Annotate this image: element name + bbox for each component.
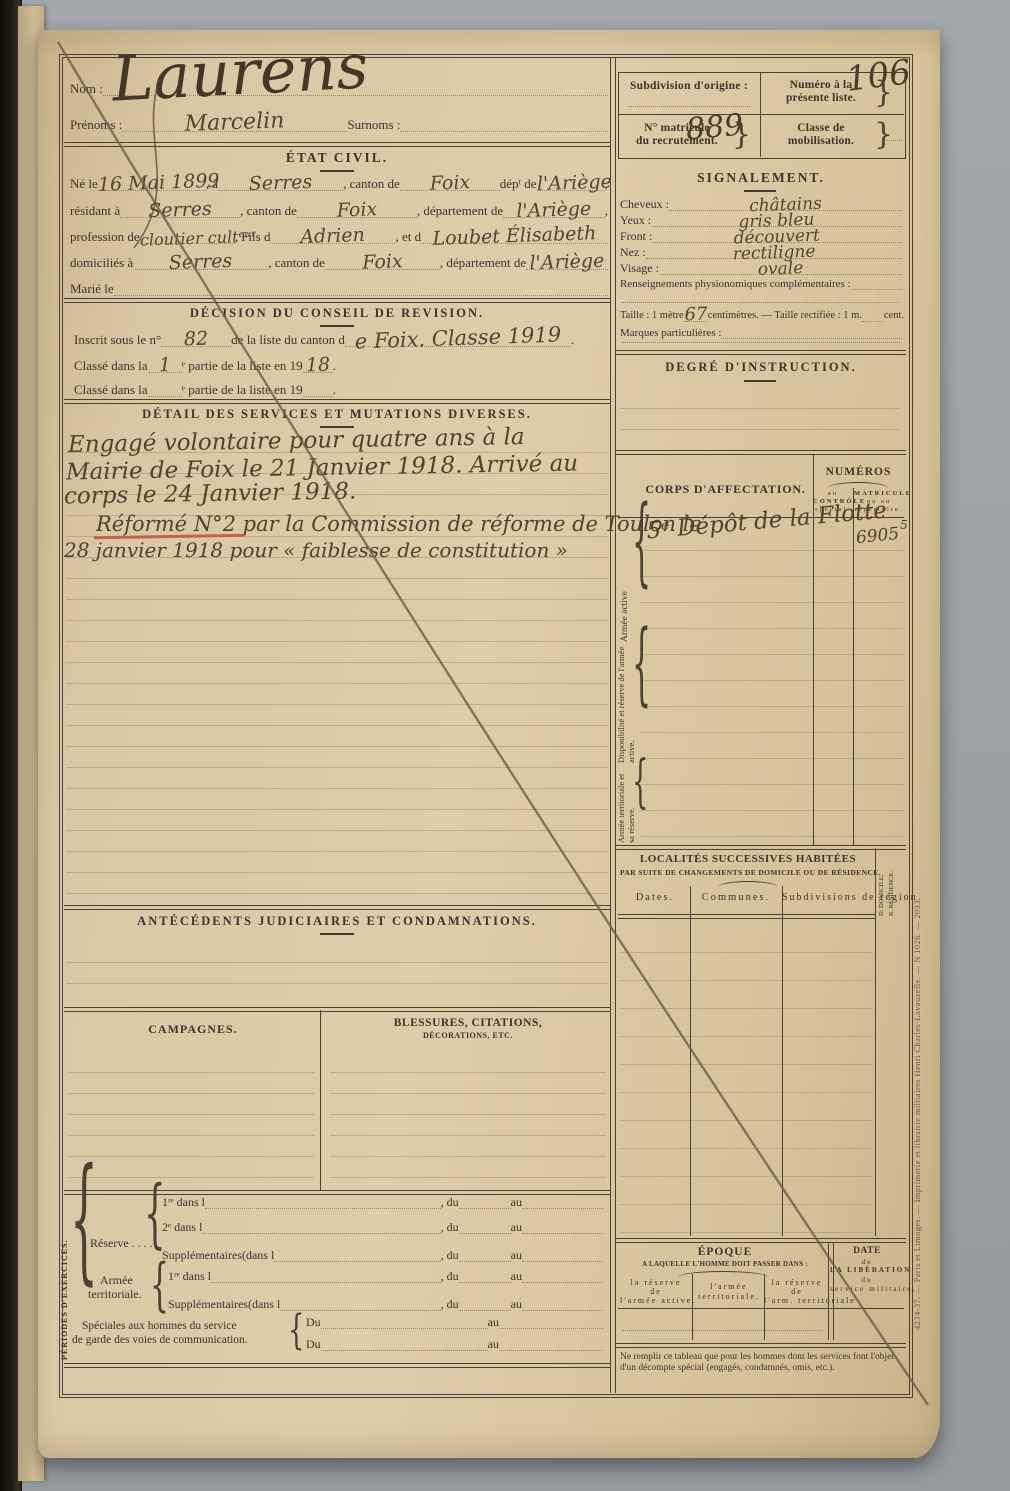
profession-field: cloutier cultᵉᵘʳ <box>140 241 235 244</box>
birth-row: Né le 16 Mai 1899 , à Serres , canton de… <box>70 177 608 191</box>
dept-value: l'Ariège <box>503 199 605 223</box>
canton-label: , canton de <box>343 177 400 191</box>
periodes-brace: { <box>70 1154 98 1290</box>
canton-field: Foix <box>297 215 417 218</box>
marques-field <box>721 336 902 339</box>
marriage-row: Marié le <box>70 282 608 296</box>
services-line-5: 28 janvier 1918 pour « faiblesse de cons… <box>64 538 568 562</box>
periode-row-3: Supplémentaires ( dans l , du au <box>162 1249 604 1262</box>
dept-field: l'Ariège <box>526 267 608 270</box>
du-field <box>459 1206 511 1209</box>
canton-field: Foix <box>325 267 440 270</box>
renseignements-label: Renseignements physionomiques complément… <box>620 278 851 290</box>
canton-liste-label: de la liste du canton d <box>231 333 345 347</box>
title-dash <box>320 933 354 935</box>
canton-value: Foix <box>399 172 500 196</box>
prenoms-field: Marcelin <box>122 129 347 132</box>
services-title: DÉTAIL DES SERVICES ET MUTATIONS DIVERSE… <box>64 407 610 422</box>
section-rule <box>616 845 906 850</box>
prenoms-label: Prénoms : <box>70 118 122 132</box>
comma: , <box>605 204 608 218</box>
scan-background: Nom : Laurens Prénoms : Marcelin Surnoms… <box>0 0 1010 1491</box>
decision-title: DÉCISION DU CONSEIL DE REVISION. <box>64 306 610 321</box>
residence-row: résidant à Serres , canton de Foix , dép… <box>70 204 608 218</box>
annee-field: 18 <box>303 370 333 373</box>
document-page: Nom : Laurens Prénoms : Marcelin Surnoms… <box>38 30 940 1458</box>
domicile-side-label: D. DOMICILE. <box>878 850 885 916</box>
mother-field: Loubet Élisabeth <box>421 241 608 244</box>
du-field <box>321 1348 488 1351</box>
etat-civil-title: ÉTAT CIVIL. <box>64 150 610 166</box>
periode-row-5: Supplémentaires ( dans l , du au <box>168 1298 604 1311</box>
classe1-row: Classé dans la 1 ᵉ partie de la liste en… <box>74 359 394 373</box>
epoque-col1-3: l'armée active. <box>620 1296 692 1305</box>
armee-active-brace: { <box>632 497 651 593</box>
partie-label: ᵉ partie de la liste en 19 <box>182 383 303 397</box>
domicile-field: Serres <box>133 267 268 270</box>
classe-mob-label: Classe de <box>766 122 876 134</box>
partie-field <box>148 394 182 397</box>
unit-field <box>211 1280 441 1283</box>
father-field: Adrien <box>270 241 395 244</box>
antecedents-ruled-area <box>66 942 608 1004</box>
renseignements-row: Renseignements physionomiques complément… <box>620 278 902 290</box>
epoque-body-line <box>622 1330 822 1331</box>
dept-label: , département de <box>440 256 526 270</box>
visage-field: ovale <box>659 272 902 275</box>
section-rule <box>64 1007 610 1012</box>
period: . <box>333 383 336 397</box>
au-field <box>499 1326 604 1329</box>
du-label: Du <box>306 1316 321 1329</box>
profession-label: profession de <box>70 230 140 244</box>
subdivision-field <box>628 106 750 107</box>
periodes-side-label: PÉRIODES D'EXERCICES. <box>60 1202 69 1360</box>
yeux-label: Yeux : <box>620 214 651 227</box>
section-rule <box>616 350 906 355</box>
residence-field: Serres <box>120 215 240 218</box>
dans-l-label: 1ʳᵉ dans l <box>168 1270 211 1283</box>
title-dash <box>320 325 354 327</box>
epoque-col3-2: de <box>764 1287 830 1296</box>
au-field <box>522 1231 604 1234</box>
canton-classe-field: e Foix. Classe 1919 <box>345 344 571 347</box>
campagnes-ruled <box>68 1052 314 1184</box>
marques-row: Marques particulières : <box>620 327 902 339</box>
periode-row-7: Du au <box>306 1338 604 1351</box>
du-field <box>459 1259 511 1262</box>
au-label: au <box>511 1249 522 1262</box>
ne-le-label: Né le <box>70 177 98 191</box>
dans-l-label: 1ʳᵉ dans l <box>162 1196 205 1209</box>
degre-title: DEGRÉ D'INSTRUCTION. <box>616 360 906 375</box>
section-rule <box>64 142 610 147</box>
du-label: , du <box>441 1270 459 1283</box>
speciales-label-2: de garde des voies de communication. <box>72 1334 248 1346</box>
canton-label: , canton de <box>240 204 297 218</box>
taille-rectifiee-field <box>862 319 884 322</box>
epoque-note: Ne remplir ce tableau que pour les homme… <box>620 1352 906 1374</box>
epoque-col3-3: l'arm. territoriale <box>764 1296 830 1305</box>
blessures-header-2: DÉCORATIONS, ETC. <box>330 1031 606 1040</box>
marriage-field <box>114 293 608 296</box>
epoque-col1-2: de <box>620 1287 692 1296</box>
degre-ruled <box>620 388 900 446</box>
du-label: Du <box>306 1338 321 1351</box>
speciales-brace: { <box>288 1310 305 1352</box>
signalement-title: SIGNALEMENT. <box>616 170 906 186</box>
renseignements-field <box>851 287 902 290</box>
services-line-3: corps le 24 Janvier 1918. <box>64 478 357 509</box>
date-col-header-5: service militaire. <box>830 1284 904 1293</box>
numero-value: 82 <box>161 328 232 351</box>
dept-field: l'Ariège <box>503 215 605 218</box>
dept-field: l'Ariège <box>537 188 605 191</box>
section-rule <box>64 298 610 303</box>
territoriale-label-1: Armée <box>100 1273 133 1288</box>
matricule-col-label: MATRICULE <box>854 490 904 497</box>
date-col-header-3: LA LIBÉRATION <box>830 1266 904 1274</box>
corps-ruled <box>640 525 904 840</box>
birthdate-field: 16 Mai 1899 <box>98 188 206 191</box>
partie-field: 1 <box>148 370 182 373</box>
residant-label: résidant à <box>70 204 120 218</box>
surnoms-label: Surnoms : <box>347 118 400 132</box>
speciales-label-1: Spéciales aux hommes du service <box>82 1320 237 1332</box>
du-field <box>459 1308 511 1311</box>
dans-l-label: dans l <box>252 1298 280 1311</box>
dept-value: l'Ariège <box>536 172 605 195</box>
date-col-header-2: de <box>830 1257 904 1266</box>
section-rule <box>616 1238 906 1243</box>
et-de-label: , et d <box>395 230 421 244</box>
localites-ruled <box>620 925 873 1233</box>
periode-row-4: 1ʳᵉ dans l , du au <box>168 1270 604 1283</box>
printer-imprint: 4234-37. — Paris et Limoges. — Imprimeri… <box>912 670 922 1330</box>
reserve-brace: { <box>144 1178 166 1253</box>
au-label: au <box>511 1298 522 1311</box>
section-rule <box>64 1363 610 1368</box>
residence-side-label: R. RÉSIDENCE. <box>888 850 895 916</box>
marques-label: Marques particulières : <box>620 327 721 339</box>
blessures-header: BLESSURES, CITATIONS, <box>330 1017 606 1029</box>
nez-label: Nez : <box>620 246 646 259</box>
epoque-header-rule <box>618 1308 904 1311</box>
subdivisions-col-header: Subdivisions de région <box>782 892 875 903</box>
localites-subtitle: PAR SUITE DE CHANGEMENTS DE DOMICILE OU … <box>620 868 876 877</box>
classe2-row: Classé dans la ᵉ partie de la liste en 1… <box>74 383 394 397</box>
territoriale-reserve-brace: { <box>632 754 649 811</box>
date-col-header: DATE <box>830 1246 904 1256</box>
id-box-hdivider <box>618 114 904 115</box>
visage-label: Visage : <box>620 262 659 275</box>
reforme-text: Réformé N°2 <box>96 512 236 536</box>
dept-label: , département de <box>417 204 503 218</box>
partie-value: 1 <box>147 355 182 377</box>
dates-col-header: Dates. <box>620 892 690 903</box>
nom-signature: Laurens <box>110 29 370 115</box>
classe-brace: } <box>874 120 893 150</box>
domicile-row: domiciliés à Serres , canton de Foix , d… <box>70 256 608 270</box>
antecedents-title: ANTÉCÉDENTS JUDICIAIRES ET CONDAMNATIONS… <box>64 914 610 929</box>
taille-value: 67 <box>683 304 708 325</box>
du-label: , du <box>441 1221 459 1234</box>
localites-header-rule <box>618 914 875 919</box>
localites-title: LOCALITÉS SUCCESSIVES HABITÉES <box>620 853 876 865</box>
unit-field <box>202 1231 440 1234</box>
marie-le-label: Marié le <box>70 282 114 296</box>
partie-label: ᵉ partie de la liste en 19 <box>182 359 303 373</box>
dept-label: dépᵗ de <box>500 177 537 191</box>
birthdate-value: 16 Mai 1899 <box>97 172 206 197</box>
cent-label: cent. <box>884 310 904 322</box>
campagnes-divider <box>320 1010 321 1190</box>
au-field <box>522 1280 604 1283</box>
unit-field <box>274 1259 440 1262</box>
supplementaires-label: Supplémentaires <box>168 1298 248 1311</box>
inscrit-row: Inscrit sous le n° 82 de la liste du can… <box>74 333 574 347</box>
section-rule <box>616 1343 906 1348</box>
front-label: Front : <box>620 230 652 243</box>
canton-field: Foix <box>400 188 500 191</box>
prenoms-row: Prénoms : Marcelin Surnoms : <box>70 118 608 132</box>
dans-l-label: dans l <box>246 1249 274 1262</box>
dans-l-label: 2ᵉ dans l <box>162 1221 202 1234</box>
period: . <box>571 333 574 347</box>
blessures-ruled <box>330 1052 606 1184</box>
armee-active-label: Armée active <box>620 522 630 642</box>
title-dash <box>744 380 776 382</box>
communes-col-header: Communes. <box>690 892 782 903</box>
birthplace-field: Serres <box>218 188 343 191</box>
au-label: au <box>511 1196 522 1209</box>
numeros-title: NUMÉROS <box>813 466 904 478</box>
note-line-1: Ne remplir ce tableau que pour les homme… <box>620 1352 868 1362</box>
periode-row-2: 2ᵉ dans l , du au <box>162 1221 604 1234</box>
date-col-header-4: du <box>830 1275 904 1284</box>
renseignements-field-2 <box>622 302 900 303</box>
du-label: , du <box>441 1196 459 1209</box>
dept-value: l'Ariège <box>526 251 609 275</box>
domicilies-label: domiciliés à <box>70 256 133 270</box>
localites-curve <box>718 881 778 887</box>
periode-row-6: Du au <box>306 1316 604 1329</box>
au-label: au <box>488 1316 499 1329</box>
au-field <box>522 1308 604 1311</box>
epoque-title: ÉPOQUE <box>620 1246 830 1258</box>
epoque-col2: l'armée <box>694 1282 764 1291</box>
au-label: au <box>511 1270 522 1283</box>
periode-row-1: 1ʳᵉ dans l , du au <box>162 1196 604 1209</box>
classe-field <box>882 140 902 141</box>
classe-mob-label-2: mobilisation. <box>766 135 876 147</box>
taille-field: 67 <box>684 319 708 322</box>
stray-mark: 5 <box>900 518 908 532</box>
epoque-date-divider <box>828 1243 834 1340</box>
annee-value: 18 <box>302 355 333 377</box>
epoque-col2-2: territoriale. <box>694 1292 764 1301</box>
profession-value: cloutier cultᵉᵘʳ <box>139 228 235 249</box>
services-line-4: Réformé N°2 par la Commission de réforme… <box>96 512 702 536</box>
classe-label: Classé dans la <box>74 383 148 397</box>
du-field <box>459 1231 511 1234</box>
du-label: , du <box>441 1298 459 1311</box>
surnoms-field <box>400 129 608 132</box>
section-rule <box>616 450 906 455</box>
au-label: au <box>488 1338 499 1351</box>
du-label: , du <box>441 1249 459 1262</box>
annee-field <box>303 394 333 397</box>
title-dash <box>744 190 776 192</box>
territoriale-brace: { <box>150 1259 169 1316</box>
numero-liste-value: 106 <box>844 52 913 100</box>
subdivision-label: Subdivision d'origine : <box>622 80 756 92</box>
campagnes-header: CAMPAGNES. <box>68 1022 318 1037</box>
taille-rectifiee-label: centimètres. — Taille rectifiée : 1 m. <box>708 310 862 322</box>
canton-label: , canton de <box>268 256 325 270</box>
profession-row: profession de cloutier cultᵉᵘʳ . Fils d … <box>70 230 608 244</box>
epoque-col1: la réserve <box>620 1278 692 1287</box>
section-rule <box>64 905 610 910</box>
marques-field-2 <box>622 342 900 343</box>
epoque-subtitle: A LAQUELLE L'HOMME DOIT PASSER DANS : <box>620 1260 830 1268</box>
au-label: au <box>511 1221 522 1234</box>
taille-row: Taille : 1 mètre 67 centimètres. — Taill… <box>620 310 902 322</box>
taille-label: Taille : 1 mètre <box>620 310 684 322</box>
du-field <box>321 1326 488 1329</box>
localites-col-line-3 <box>875 848 876 1236</box>
numeros-curve <box>828 482 888 488</box>
epoque-col3: la réserve <box>764 1278 830 1287</box>
du-field <box>459 1280 511 1283</box>
au-field <box>522 1259 604 1262</box>
matricule-value: 889 <box>685 108 745 148</box>
au-field <box>522 1206 604 1209</box>
disponibilite-brace: { <box>632 622 651 712</box>
cheveux-label: Cheveux : <box>620 198 669 211</box>
corps-title: CORPS D'AFFECTATION. <box>638 482 813 497</box>
territoriale-label-2: territoriale. <box>88 1287 142 1302</box>
supplementaires-label: Supplémentaires <box>162 1249 242 1262</box>
visage-row: Visage : ovale <box>620 262 902 275</box>
inscrit-label: Inscrit sous le n° <box>74 333 161 347</box>
classe-label: Classé dans la <box>74 359 148 373</box>
au-field <box>499 1348 604 1351</box>
section-rule <box>64 399 610 404</box>
nom-label: Nom : <box>70 82 103 96</box>
unit-field <box>205 1206 441 1209</box>
numero-field: 82 <box>161 344 231 347</box>
controle-col-label: au <box>813 490 853 497</box>
